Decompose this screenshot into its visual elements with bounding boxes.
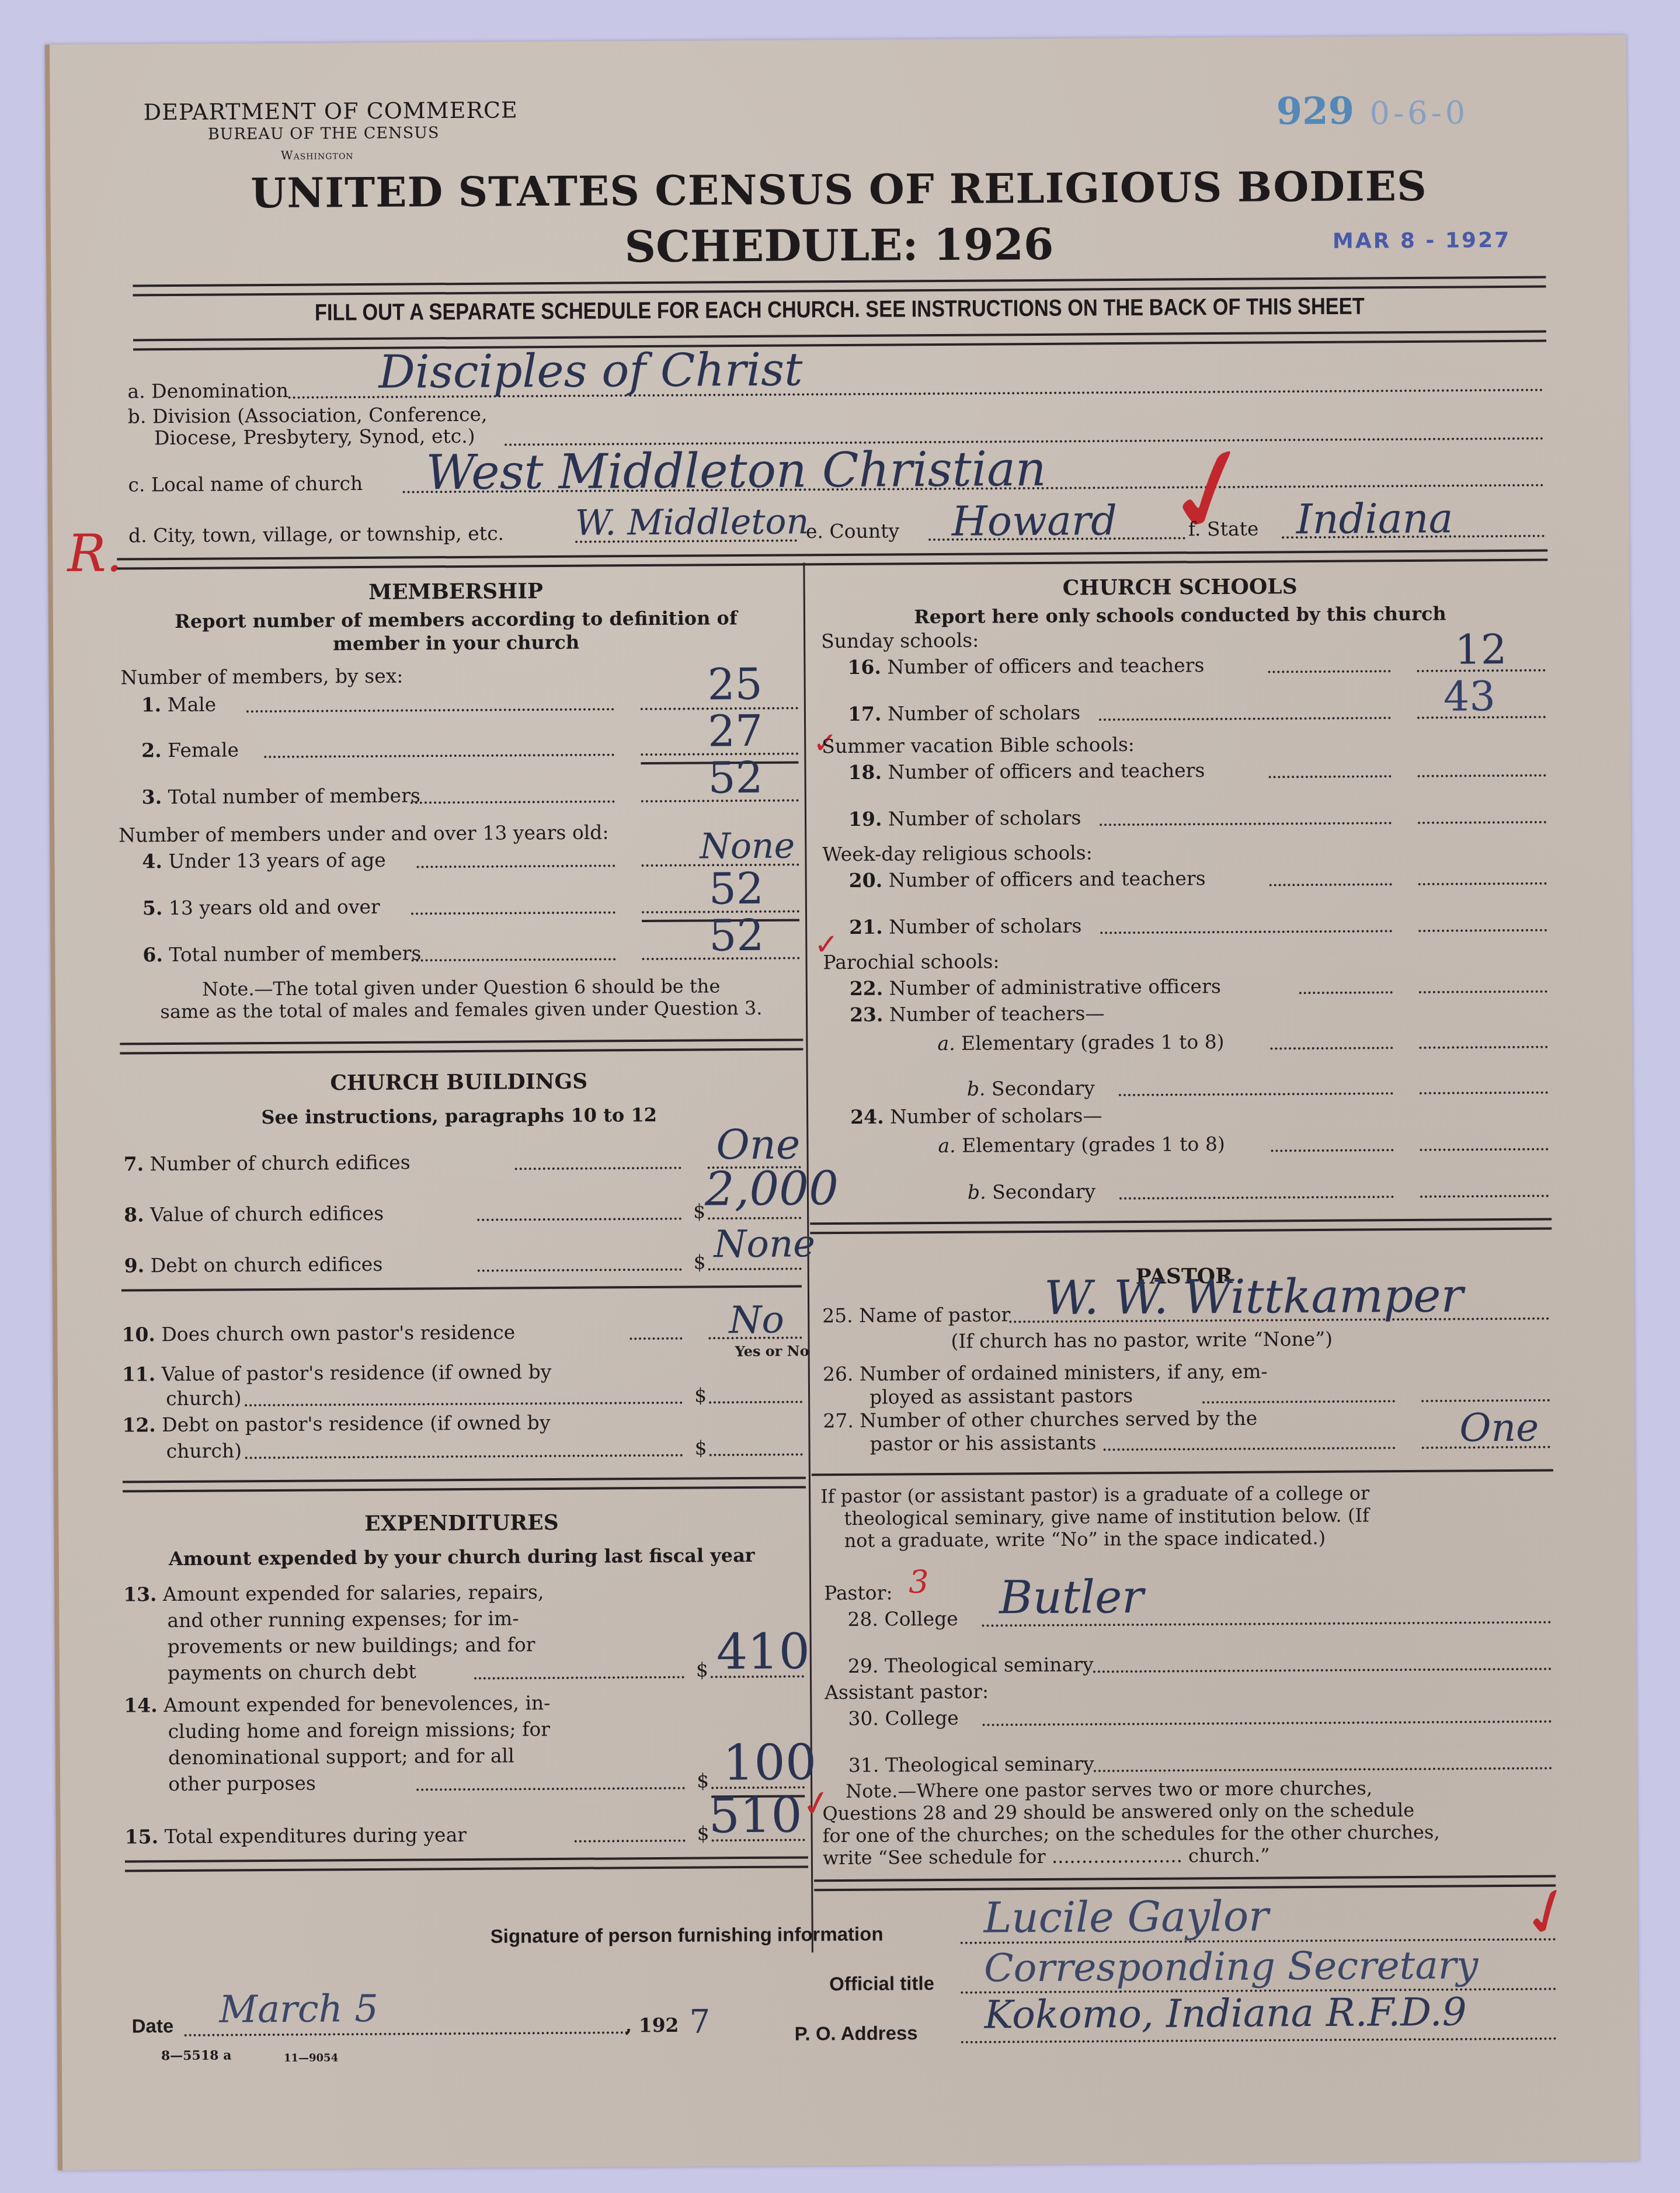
item-label-cont: church) xyxy=(166,1439,242,1462)
leader-line xyxy=(1299,991,1393,994)
item-letter: a. xyxy=(938,1134,955,1157)
item-label: Secondary xyxy=(992,1076,1095,1100)
membership-row-female: 2. Female 27 xyxy=(50,35,1626,44)
item-letter: b. xyxy=(967,1078,986,1100)
identification-divider xyxy=(117,550,1547,570)
by-sex-label: Number of members, by sex: xyxy=(120,665,403,689)
membership-row-total-2: 6. Total number of members 52 xyxy=(50,35,1626,44)
item-label: Total number of members xyxy=(168,784,420,808)
school-row-18: 18. Number of officers and teachers xyxy=(50,35,1626,44)
leader-line xyxy=(246,708,614,713)
pastor-subheading: Pastor: xyxy=(824,1581,893,1604)
school-row-24a: a. Elementary (grades 1 to 8) xyxy=(50,35,1626,44)
pastor-college-value[interactable]: Butler xyxy=(999,1571,1144,1625)
print-code: 11—9054 xyxy=(284,2052,338,2065)
file-number-stamp: 929 xyxy=(1276,89,1354,134)
leader-line xyxy=(264,753,614,758)
leader-line xyxy=(1269,775,1392,778)
membership-note: Note.—The total given under Question 6 s… xyxy=(123,974,800,1023)
other-churches-label-1: 27. Number of other churches served by t… xyxy=(823,1407,1257,1433)
denomination-value[interactable]: Disciples of Christ xyxy=(378,343,803,398)
item-label: Number of scholars xyxy=(888,806,1081,830)
item-label: Number of scholars— xyxy=(890,1104,1102,1128)
item-letter: b. xyxy=(968,1180,986,1203)
summer-teachers-input[interactable] xyxy=(1418,774,1546,777)
dollar-sign: $ xyxy=(696,1658,708,1681)
leader-line xyxy=(515,1167,681,1170)
date-value[interactable]: March 5 xyxy=(219,1987,378,2032)
assistant-seminary-label: 31. Theological seminary xyxy=(848,1752,1094,1777)
county-label: e. County xyxy=(806,519,899,543)
under-13-count[interactable]: None xyxy=(700,825,795,867)
leader-line xyxy=(575,1840,686,1843)
item-label: Number of church edifices xyxy=(149,1151,410,1176)
membership-row-under-13: 4. Under 13 years of age None xyxy=(50,35,1626,44)
expenditures-divider xyxy=(125,1856,808,1872)
membership-subtitle-1: Report number of members according to de… xyxy=(117,606,795,632)
leader-line xyxy=(1271,1149,1394,1152)
church-buildings-subtitle: See instructions, paragraphs 10 to 12 xyxy=(120,1103,798,1129)
item-label-cont: and other running expenses; for im- xyxy=(167,1607,519,1632)
leader-line xyxy=(417,864,615,868)
item-label-cont: payments on church debt xyxy=(168,1660,416,1684)
leader-line xyxy=(1100,930,1392,934)
item-number: 14. xyxy=(124,1694,158,1716)
total-expenditures-value[interactable]: 510 xyxy=(708,1786,802,1844)
red-checkmark: ✓ xyxy=(1146,412,1276,569)
parochial-admin-input[interactable] xyxy=(1419,991,1547,993)
school-row-24: 24. Number of scholars— xyxy=(850,1104,1102,1128)
item-number: 17. xyxy=(848,703,882,725)
church-name-value[interactable]: West Middleton Christian xyxy=(426,442,1046,501)
city-value[interactable]: W. Middleton xyxy=(575,501,809,543)
item-number: 15. xyxy=(125,1825,159,1848)
assistant-pastors-label-2: ployed as assistant pastors xyxy=(869,1384,1133,1409)
item-label: Number of officers and teachers xyxy=(887,654,1204,678)
received-date-stamp: MAR 8 - 1927 xyxy=(1333,228,1511,253)
residence-debt-input[interactable] xyxy=(709,1453,803,1456)
membership-row-total: 3. Total number of members 52 xyxy=(50,35,1626,44)
address-line xyxy=(961,2038,1557,2043)
banner-divider xyxy=(133,331,1546,351)
pastor-name-hint: (If church has no pastor, write “None”) xyxy=(951,1327,1333,1353)
county-value[interactable]: Howard xyxy=(952,496,1118,545)
other-churches-label-2: pastor or his assistants xyxy=(869,1431,1096,1455)
item-label: Under 13 years of age xyxy=(168,849,386,873)
assistant-pastors-input[interactable] xyxy=(1421,1399,1550,1402)
bureau-heading: BUREAU OF THE CENSUS xyxy=(208,124,440,143)
item-number: 24. xyxy=(850,1106,884,1128)
leader-line xyxy=(474,1676,684,1680)
weekday-scholars-input[interactable] xyxy=(1418,929,1547,932)
leader-line xyxy=(1099,717,1391,721)
leader-line xyxy=(1202,1400,1395,1403)
sunday-teachers-count[interactable]: 12 xyxy=(1455,625,1507,674)
item-label: Number of scholars xyxy=(888,701,1081,725)
item-label: Female xyxy=(168,738,239,762)
item-label: Number of scholars xyxy=(889,914,1082,938)
assistant-pastors-label-1: 26. Number of ordained ministers, if any… xyxy=(823,1360,1268,1386)
leader-line xyxy=(411,958,615,961)
item-label-cont: church) xyxy=(166,1386,242,1410)
male-count[interactable]: 25 xyxy=(707,659,763,710)
division-label-1: b. Division (Association, Conference, xyxy=(128,403,488,428)
assistant-college-label: 30. College xyxy=(848,1707,959,1730)
item-label: Total expenditures during year xyxy=(164,1823,467,1848)
summer-scholars-input[interactable] xyxy=(1418,821,1546,824)
buildings-row-edifices: 7. Number of church edifices One xyxy=(50,35,1626,44)
form-number: 8—5518 a xyxy=(161,2048,232,2063)
official-title-value[interactable]: Corresponding Secretary xyxy=(984,1942,1479,1990)
dollar-sign: $ xyxy=(697,1822,709,1844)
item-label-cont: other purposes xyxy=(168,1772,316,1796)
buildings-row-residence-owned: 10. Does church own pastor's residence N… xyxy=(50,35,1626,44)
running-expenses-value[interactable]: 410 xyxy=(716,1622,810,1680)
leader-line xyxy=(1119,1092,1393,1096)
dollar-sign: $ xyxy=(694,1250,706,1273)
item-number: 8. xyxy=(124,1203,144,1226)
owns-residence-answer[interactable]: No xyxy=(729,1299,784,1343)
assistant-seminary-input[interactable] xyxy=(1094,1767,1552,1773)
item-label-cont: cluding home and foreign missions; for xyxy=(168,1718,550,1743)
item-label: Secondary xyxy=(992,1180,1095,1203)
instruction-banner: FILL OUT A SEPARATE SCHEDULE FOR EACH CH… xyxy=(162,293,1518,327)
teachers-secondary-input[interactable] xyxy=(1420,1092,1548,1094)
dollar-sign: $ xyxy=(694,1384,707,1406)
date-year-printed: , 192 xyxy=(625,2014,679,2037)
item-number: 10. xyxy=(121,1323,155,1346)
membership-subtitle-2: member in your church xyxy=(117,630,795,656)
margin-review-mark: R. xyxy=(67,523,123,584)
item-label: Elementary (grades 1 to 8) xyxy=(961,1030,1225,1055)
leader-line xyxy=(478,1268,682,1272)
document-title: UNITED STATES CENSUS OF RELIGIOUS BODIES xyxy=(50,161,1627,218)
item-label-cont: provements or new buildings; and for xyxy=(168,1633,535,1658)
item-label: Amount expended for benevolences, in- xyxy=(164,1691,550,1716)
leader-line xyxy=(629,1337,682,1340)
date-year-handwritten[interactable]: 7 xyxy=(689,2003,710,2041)
leader-line xyxy=(245,1454,683,1459)
item-label: Debt on pastor's residence (if owned by xyxy=(162,1411,550,1436)
female-count[interactable]: 27 xyxy=(708,706,763,757)
date-line xyxy=(185,2031,628,2036)
item-label: Number of administrative officers xyxy=(889,975,1221,999)
leader-line xyxy=(1100,822,1392,826)
expenditures-title: EXPENDITURES xyxy=(123,1509,800,1537)
leader-line xyxy=(411,800,615,804)
item-number: 1. xyxy=(141,693,162,716)
expenditure-row-running: 13. Amount expended for salaries, repair… xyxy=(50,35,1626,44)
buildings-row-debt: 9. Debt on church edifices $ None xyxy=(50,35,1626,44)
item-label: Debt on church edifices xyxy=(151,1253,383,1277)
item-label: 13 years old and over xyxy=(169,895,380,919)
pastor-college-label: 28. College xyxy=(847,1607,958,1631)
residence-value-input[interactable] xyxy=(709,1400,802,1403)
sunday-schools-label: Sunday schools: xyxy=(821,629,979,653)
city-label: d. City, town, village, or township, etc… xyxy=(128,522,504,547)
church-name-label: c. Local name of church xyxy=(128,472,363,496)
pastor-seminary-label: 29. Theological seminary xyxy=(848,1653,1094,1677)
item-label: Number of officers and teachers xyxy=(888,759,1205,783)
state-value[interactable]: Indiana xyxy=(1296,495,1453,544)
school-row-23b: b. Secondary xyxy=(50,35,1626,44)
address-value[interactable]: Kokomo, Indiana R.F.D.9 xyxy=(984,1989,1467,2037)
item-label: Male xyxy=(168,693,217,717)
item-number: 12. xyxy=(122,1413,156,1436)
buildings-bottom-divider xyxy=(123,1476,806,1492)
leader-line xyxy=(1119,1195,1394,1200)
item-number: 9. xyxy=(124,1254,145,1277)
sunday-scholars-count[interactable]: 43 xyxy=(1444,672,1496,721)
total-members-count-2[interactable]: 52 xyxy=(709,910,764,961)
summer-schools-label: Summer vacation Bible schools: xyxy=(822,733,1135,757)
school-row-20: 20. Number of officers and teachers xyxy=(50,35,1626,44)
dollar-sign: $ xyxy=(697,1769,709,1792)
official-title-label: Official title xyxy=(829,1972,934,1995)
item-letter: a. xyxy=(937,1032,955,1055)
item-number: 2. xyxy=(141,739,162,762)
leader-line xyxy=(1268,670,1390,673)
item-number: 5. xyxy=(142,896,163,919)
school-row-16: 16. Number of officers and teachers 12 xyxy=(50,35,1626,44)
buildings-row-residence-value: 11. Value of pastor's residence (if owne… xyxy=(50,35,1626,44)
weekday-teachers-input[interactable] xyxy=(1418,882,1547,885)
expenditures-subtitle: Amount expended by your church during la… xyxy=(123,1544,801,1570)
item-label-cont: denominational support; and for all xyxy=(168,1744,514,1769)
item-number: 7. xyxy=(123,1152,144,1175)
pastor-divider xyxy=(812,1469,1553,1476)
item-number: 6. xyxy=(142,943,163,966)
expenditure-row-benevolences: 14. Amount expended for benevolences, in… xyxy=(50,35,1626,44)
item-label: Number of officers and teachers xyxy=(888,867,1205,891)
church-buildings-title: CHURCH BUILDINGS xyxy=(120,1068,798,1096)
item-number: 19. xyxy=(848,808,882,830)
church-schools-title: CHURCH SCHOOLS xyxy=(812,573,1548,602)
item-number: 3. xyxy=(142,786,162,808)
item-label: Total number of members xyxy=(169,941,421,966)
buildings-row-residence-debt: 12. Debt on pastor's residence (if owned… xyxy=(50,35,1626,44)
date-label: Date xyxy=(132,2015,174,2037)
item-number: 22. xyxy=(850,977,884,1000)
leader-line xyxy=(245,1402,683,1407)
note-line: write “See schedule for ................… xyxy=(823,1843,1553,1869)
address-label: P. O. Address xyxy=(795,2022,918,2045)
assistant-pastor-subheading: Assistant pastor: xyxy=(825,1680,989,1704)
buildings-divider xyxy=(121,1285,802,1291)
denomination-label: a. Denomination xyxy=(127,379,288,403)
answer-line xyxy=(708,1267,802,1270)
parochial-schools-label: Parochial schools: xyxy=(823,950,999,974)
code-stamp: 0-6-0 xyxy=(1369,94,1469,131)
city-heading: Washington xyxy=(281,148,354,162)
note-line: same as the total of males and females g… xyxy=(123,996,800,1023)
red-annotation-3: 3 xyxy=(909,1563,929,1600)
leader-line xyxy=(1269,883,1392,886)
item-label: Does church own pastor's residence xyxy=(161,1320,515,1346)
benevolences-value[interactable]: 100 xyxy=(723,1733,817,1791)
item-number: 20. xyxy=(849,869,883,892)
item-number: 18. xyxy=(848,761,882,784)
teachers-elementary-input[interactable] xyxy=(1419,1046,1547,1049)
item-label: Amount expended for salaries, repairs, xyxy=(163,1580,544,1605)
answer-line xyxy=(708,1217,801,1219)
other-churches-value[interactable]: One xyxy=(1459,1405,1539,1451)
pastor-name-value[interactable]: W. W. Wittkamper xyxy=(1044,1268,1463,1325)
item-label: Number of teachers— xyxy=(889,1002,1105,1026)
membership-divider xyxy=(120,1038,803,1054)
church-schools-subtitle: Report here only schools conducted by th… xyxy=(812,602,1548,629)
dollar-sign: $ xyxy=(694,1436,707,1459)
school-row-23: 23. Number of teachers— xyxy=(850,1002,1105,1026)
leader-line xyxy=(1270,1047,1393,1049)
item-label: Value of church edifices xyxy=(150,1202,384,1226)
membership-title: MEMBERSHIP xyxy=(117,577,795,606)
leader-line xyxy=(416,1787,685,1791)
item-number: 13. xyxy=(123,1583,157,1605)
signature-value[interactable]: Lucile Gaylor xyxy=(983,1892,1268,1942)
pastor-seminary-input[interactable] xyxy=(1093,1668,1552,1673)
school-row-19: 19. Number of scholars xyxy=(50,35,1626,44)
pastor-bottom-divider xyxy=(814,1875,1556,1892)
signature-label: Signature of person furnishing informati… xyxy=(491,1923,884,1948)
membership-row-over-13: 5. 13 years old and over 52 xyxy=(50,35,1626,44)
census-schedule-sheet: DEPARTMENT OF COMMERCE BUREAU OF THE CEN… xyxy=(45,35,1639,2170)
scholars-elementary-input[interactable] xyxy=(1420,1148,1549,1151)
graduate-instructions: If pastor (or assistant pastor) is a gra… xyxy=(820,1481,1551,1552)
item-label: Elementary (grades 1 to 8) xyxy=(962,1132,1225,1157)
department-heading: DEPARTMENT OF COMMERCE xyxy=(143,97,517,125)
dollar-sign: $ xyxy=(693,1200,705,1222)
scholars-secondary-input[interactable] xyxy=(1420,1195,1549,1198)
school-row-22: 22. Number of administrative officers xyxy=(50,35,1626,44)
item-number: 23. xyxy=(850,1003,884,1026)
state-label: f. State xyxy=(1188,517,1259,541)
item-number: 16. xyxy=(847,656,881,679)
edifice-debt[interactable]: None xyxy=(714,1222,815,1266)
edifice-value[interactable]: 2,000 xyxy=(705,1161,839,1216)
item-label: Value of pastor's residence (if owned by xyxy=(162,1360,552,1385)
item-number: 4. xyxy=(142,850,162,873)
weekday-schools-label: Week-day religious schools: xyxy=(822,841,1093,866)
leader-line xyxy=(411,911,615,915)
item-number: 11. xyxy=(122,1363,156,1385)
leader-line xyxy=(477,1218,681,1221)
school-row-23a: a. Elementary (grades 1 to 8) xyxy=(50,35,1626,44)
by-age-label: Number of members under and over 13 year… xyxy=(119,821,609,846)
assistant-college-input[interactable] xyxy=(983,1721,1552,1726)
school-row-24b: b. Secondary xyxy=(50,35,1626,44)
school-row-21: 21. Number of scholars xyxy=(50,35,1626,44)
note-line: not a graduate, write “No” in the space … xyxy=(820,1525,1550,1552)
schools-divider xyxy=(810,1218,1552,1235)
item-number: 21. xyxy=(849,916,883,939)
membership-row-male: 1. Male 25 xyxy=(50,35,1626,44)
pastor-note: Note.—Where one pastor serves two or mor… xyxy=(822,1776,1553,1869)
buildings-row-value: 8. Value of church edifices $ 2,000 xyxy=(50,35,1626,44)
school-row-17: 17. Number of scholars 43 xyxy=(50,35,1626,44)
expenditure-row-total: 15. Total expenditures during year $ 510… xyxy=(50,35,1626,44)
leader-line xyxy=(1104,1447,1396,1451)
pastor-name-label: 25. Name of pastor xyxy=(822,1303,1010,1327)
total-members-count[interactable]: 52 xyxy=(708,753,763,804)
yes-no-hint: Yes or No xyxy=(735,1342,809,1360)
over-13-count[interactable]: 52 xyxy=(708,864,764,915)
